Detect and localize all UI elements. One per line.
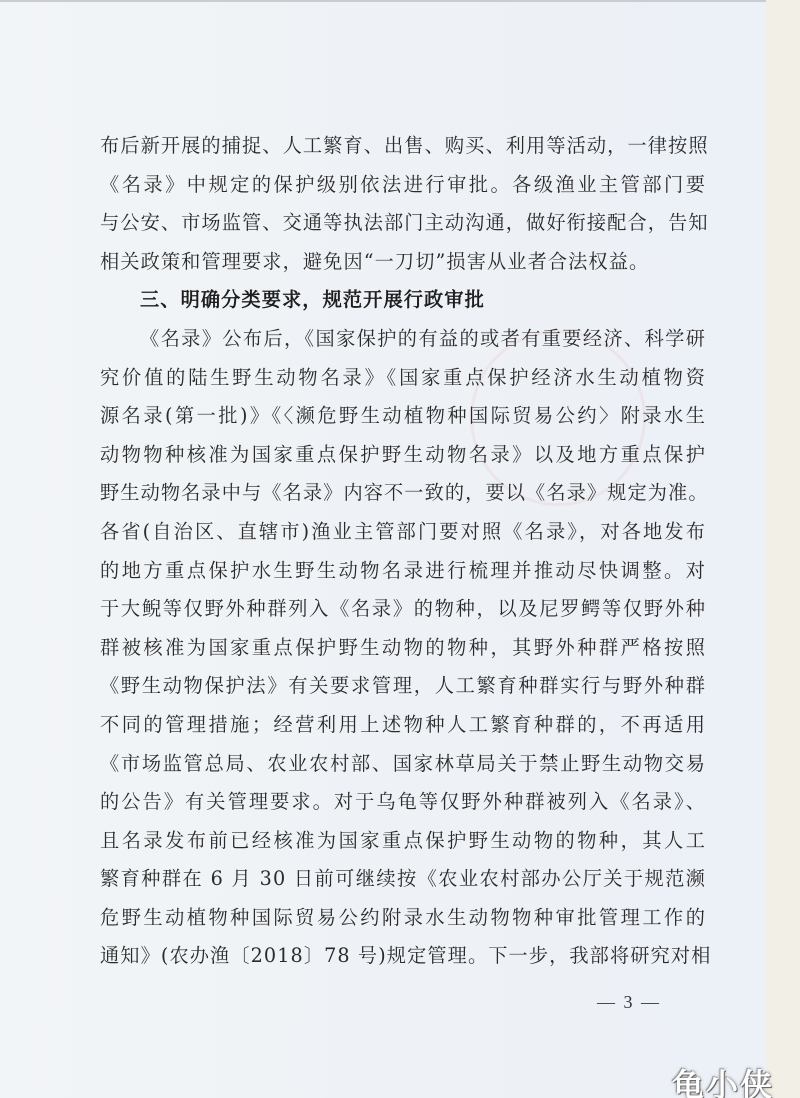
text-line: 各省(自治区、直辖市)渔业主管部门要对照《名录》，对各地发布 xyxy=(100,513,706,552)
section-heading: 三、明确分类要求，规范开展行政审批 xyxy=(100,281,706,320)
text-line: 于大鲵等仅野外种群列入《名录》的物种，以及尼罗鳄等仅野外种 xyxy=(100,590,706,629)
text-line: 《名录》中规定的保护级别依法进行审批。各级渔业主管部门要 xyxy=(100,166,706,205)
text-line: 的地方重点保护水生野生动物名录进行梳理并推动尽快调整。对 xyxy=(100,552,706,591)
text-line: 与公安、市场监管、交通等执法部门主动沟通，做好衔接配合，告知 xyxy=(100,204,706,243)
watermark-logo: 龟小侠 xyxy=(672,1060,774,1098)
text-line: 通知》(农办渔〔2018〕78 号)规定管理。下一步，我部将研究对相 xyxy=(100,937,706,976)
text-line: 源名录(第一批)》《〈濒危野生动植物种国际贸易公约〉附录水生 xyxy=(100,397,706,436)
text-line: 野生动物名录中与《名录》内容不一致的，要以《名录》规定为准。 xyxy=(100,474,706,513)
text-line: 究价值的陆生野生动物名录》《国家重点保护经济水生动植物资 xyxy=(100,359,706,398)
text-line: 动物物种核准为国家重点保护野生动物名录》以及地方重点保护 xyxy=(100,436,706,475)
text-line: 《市场监管总局、农业农村部、国家林草局关于禁止野生动物交易 xyxy=(100,745,706,784)
text-line: 不同的管理措施；经营利用上述物种人工繁育种群的，不再适用 xyxy=(100,706,706,745)
document-body: 布后新开展的捕捉、人工繁育、出售、购买、利用等活动，一律按照 《名录》中规定的保… xyxy=(100,127,706,976)
text-line: 繁育种群在 6 月 30 日前可继续按《农业农村部办公厅关于规范濒 xyxy=(100,860,706,899)
page-top-edge xyxy=(0,0,766,2)
text-line: 且名录发布前已经核准为国家重点保护野生动物的物种，其人工 xyxy=(100,822,706,861)
text-line: 群被核准为国家重点保护野生动物的物种，其野外种群严格按照 xyxy=(100,629,706,668)
text-line: 《名录》公布后，《国家保护的有益的或者有重要经济、科学研 xyxy=(100,320,706,359)
page-number: — 3 — xyxy=(597,992,661,1013)
document-page: 布后新开展的捕捉、人工繁育、出售、购买、利用等活动，一律按照 《名录》中规定的保… xyxy=(0,0,766,1098)
text-line: 布后新开展的捕捉、人工繁育、出售、购买、利用等活动，一律按照 xyxy=(100,127,706,166)
text-line: 危野生动植物种国际贸易公约附录水生动物物种审批管理工作的 xyxy=(100,899,706,938)
text-line: 相关政策和管理要求，避免因“一刀切”损害从业者合法权益。 xyxy=(100,243,706,282)
text-line: 《野生动物保护法》有关要求管理，人工繁育种群实行与野外种群 xyxy=(100,667,706,706)
text-line: 的公告》有关管理要求。对于乌龟等仅野外种群被列入《名录》、 xyxy=(100,783,706,822)
